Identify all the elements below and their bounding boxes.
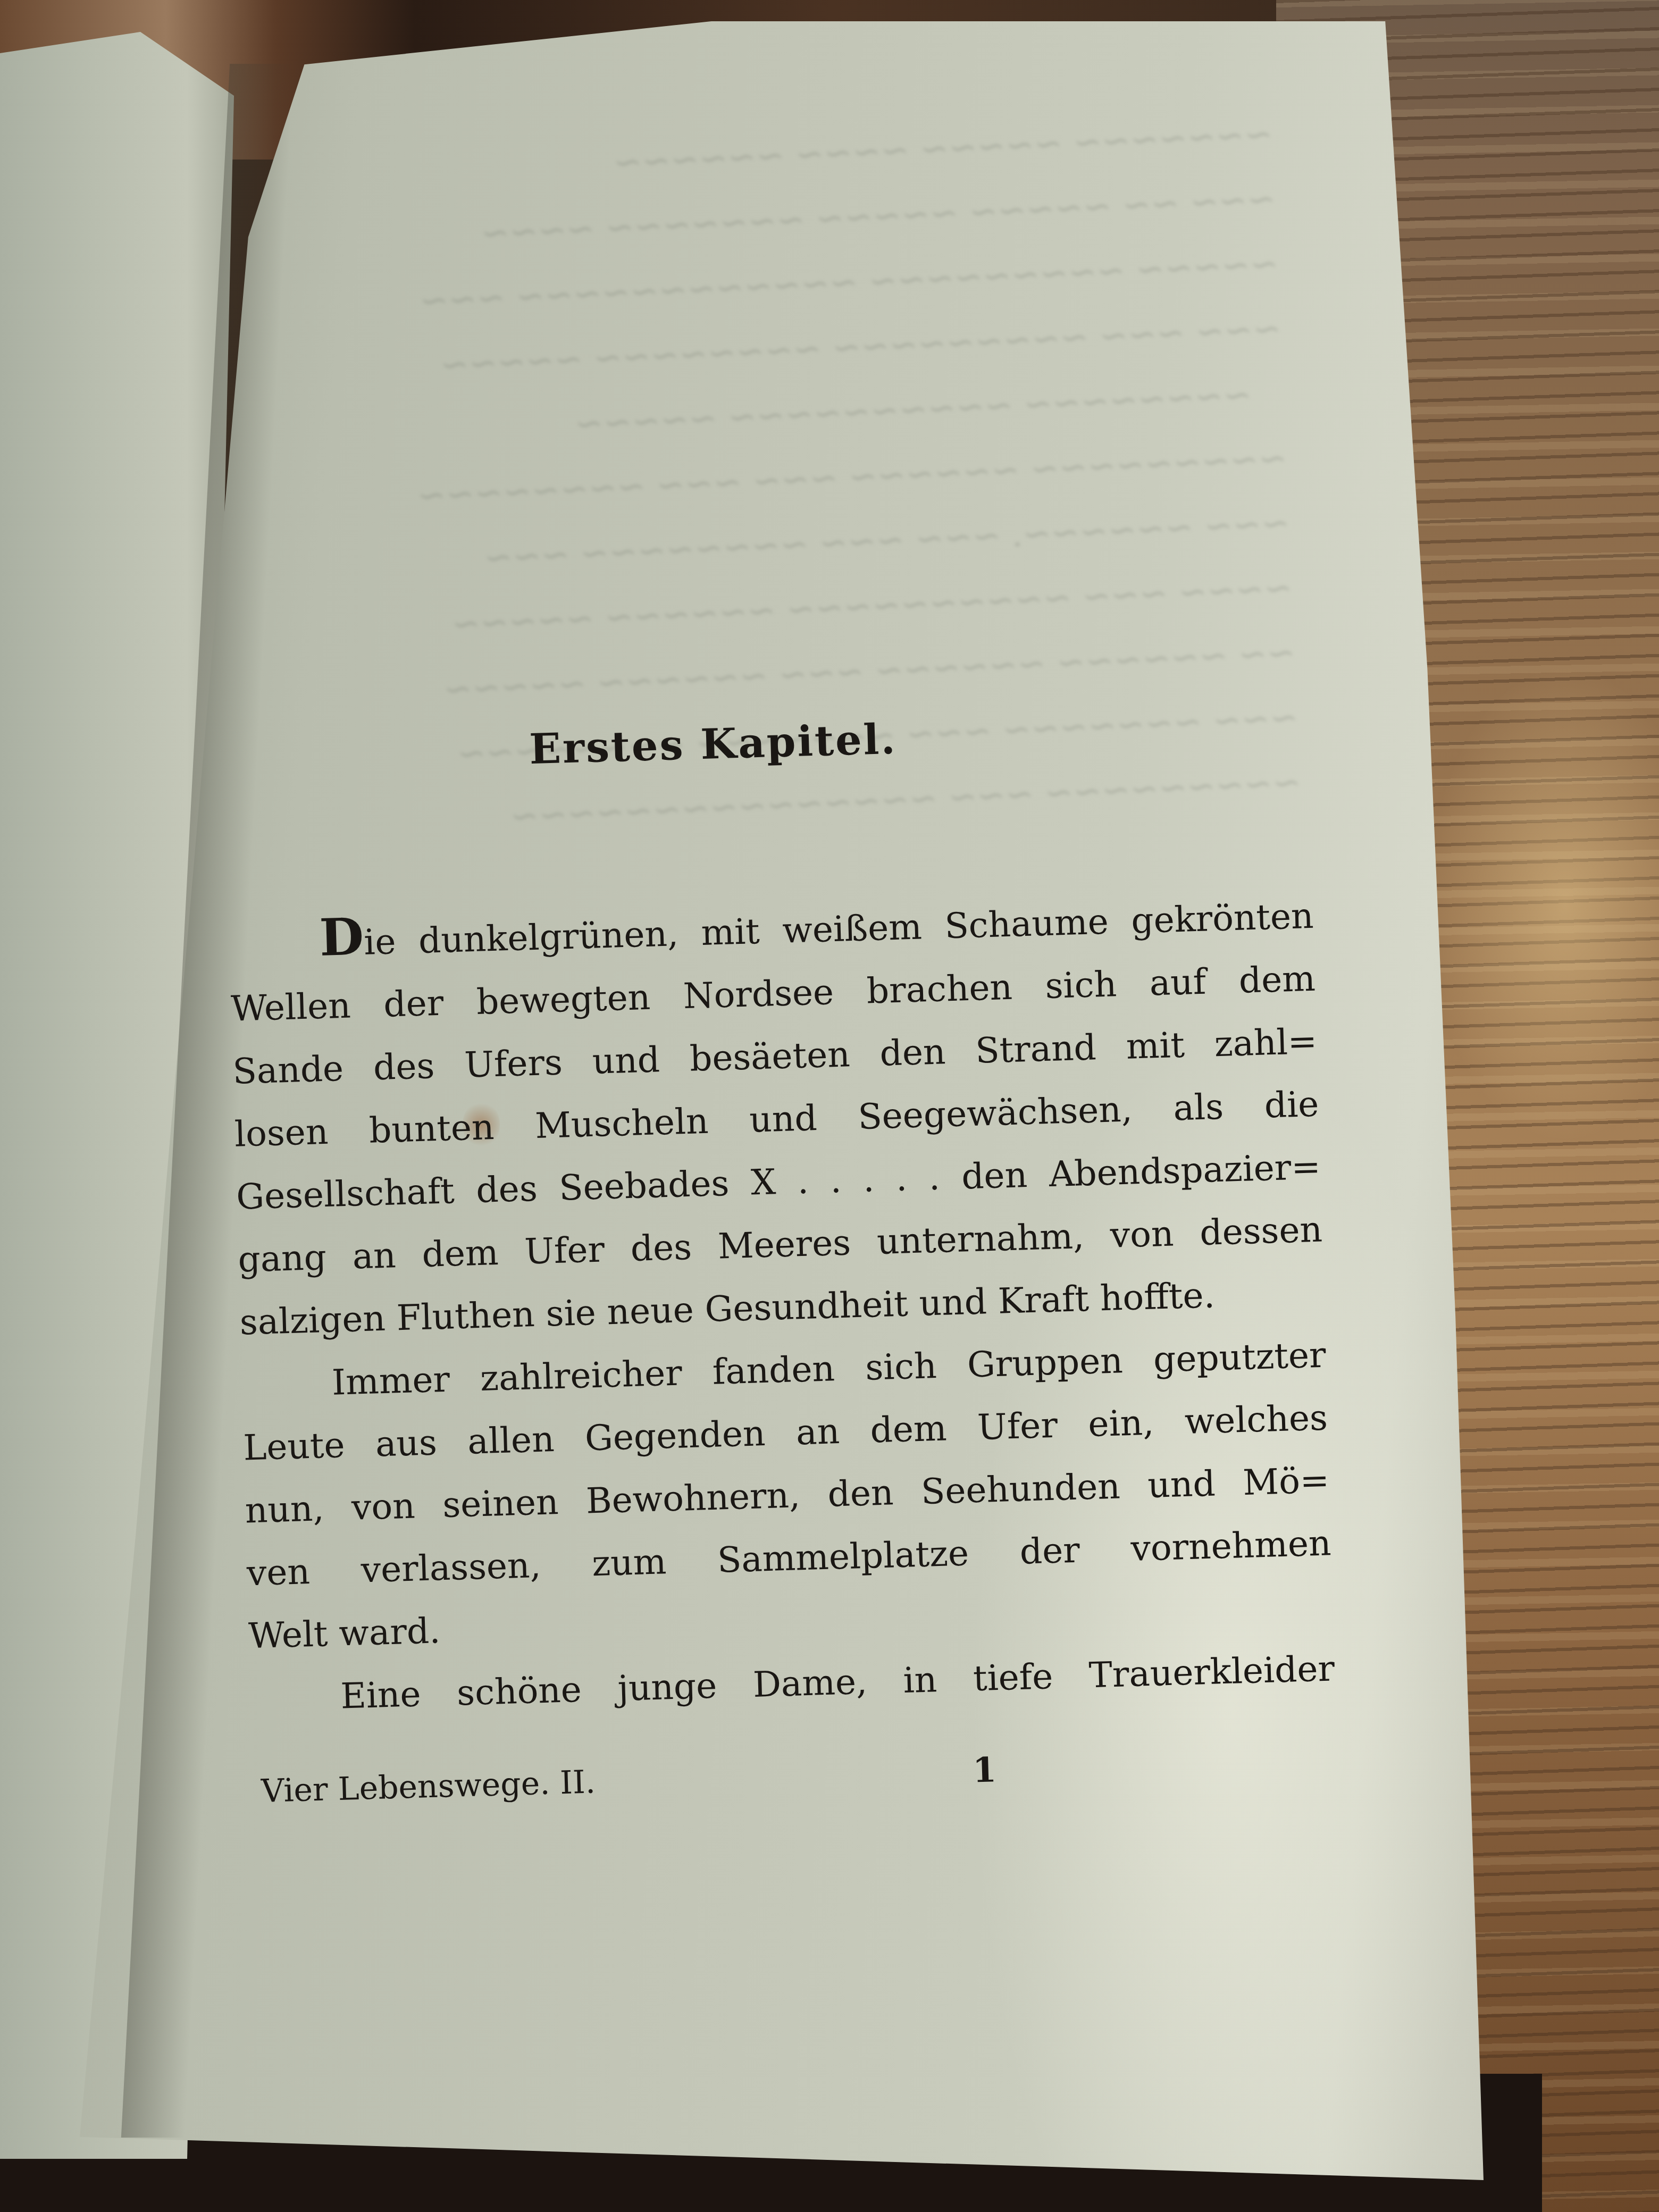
page-number: 1 (972, 1750, 997, 1790)
paragraph-1: Die dunkelgrünen, mit weißem Schaume gek… (229, 885, 1325, 1354)
printed-text-block: Erstes Kapitel. Die dunkelgrünen, mit we… (223, 703, 1336, 1730)
sunlight-patch (1425, 665, 1659, 1143)
drop-cap: D (319, 907, 364, 968)
paragraph-2: Immer zahlreicher fanden sich Gruppen ge… (241, 1324, 1334, 1668)
